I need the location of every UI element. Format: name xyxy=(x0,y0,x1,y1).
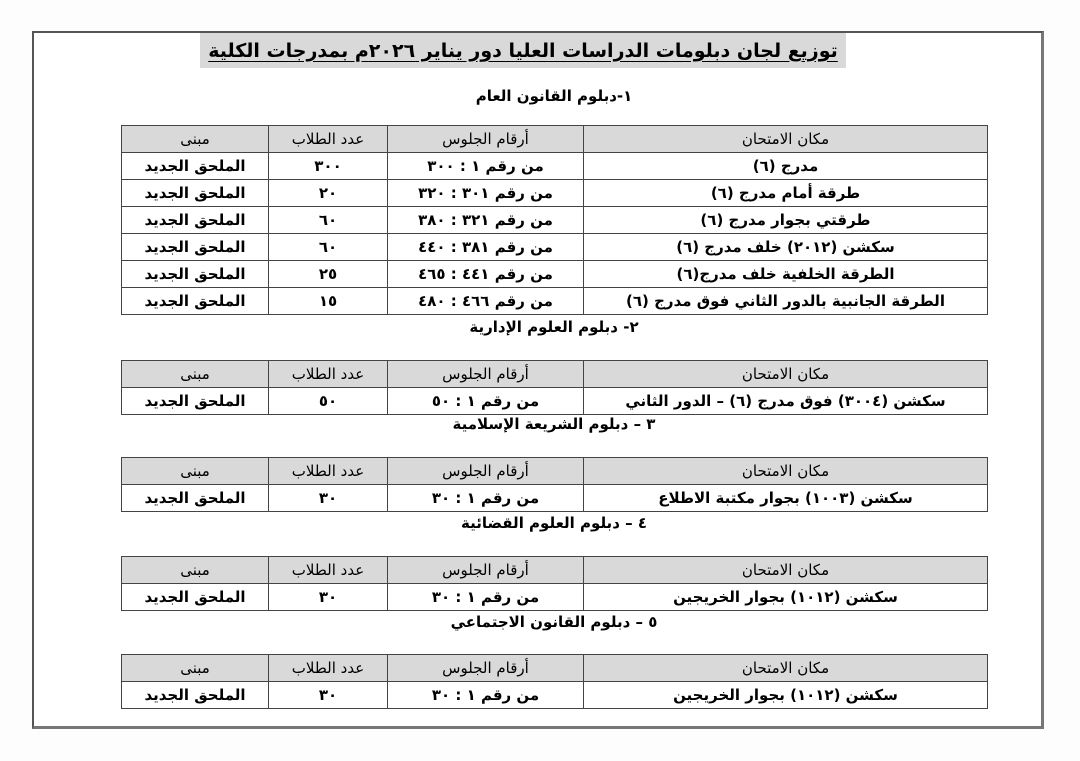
cell-seats: من رقم ٣٢١ : ٣٨٠ xyxy=(388,207,584,234)
table-row: مدرج (٦) من رقم ١ : ٣٠٠ ٣٠٠ الملحق الجدي… xyxy=(122,153,988,180)
header-count: عدد الطلاب xyxy=(269,557,388,584)
cell-count: ٣٠ xyxy=(269,485,388,512)
cell-seats: من رقم ١ : ٣٠ xyxy=(388,485,584,512)
cell-seats: من رقم ١ : ٥٠ xyxy=(388,388,584,415)
header-count: عدد الطلاب xyxy=(269,361,388,388)
cell-building: الملحق الجديد xyxy=(122,261,269,288)
cell-building: الملحق الجديد xyxy=(122,207,269,234)
table-row: سكشن (١٠١٢) بجوار الخريجين من رقم ١ : ٣٠… xyxy=(122,584,988,611)
cell-place: الطرقة الجانبية بالدور الثاني فوق مدرج (… xyxy=(584,288,988,315)
table-row: سكشن (١٠٠٣) بجوار مكتبة الاطلاع من رقم ١… xyxy=(122,485,988,512)
header-place: مكان الامتحان xyxy=(584,655,988,682)
header-building: مبنى xyxy=(122,458,269,485)
cell-place: مدرج (٦) xyxy=(584,153,988,180)
table-header-row: مكان الامتحان أرقام الجلوس عدد الطلاب مب… xyxy=(122,557,988,584)
section-heading-social-law: ٥ – دبلوم القانون الاجتماعي xyxy=(121,613,987,631)
header-building: مبنى xyxy=(122,655,269,682)
cell-place: سكشن (١٠٠٣) بجوار مكتبة الاطلاع xyxy=(584,485,988,512)
header-place: مكان الامتحان xyxy=(584,557,988,584)
cell-place: سكشن (١٠١٢) بجوار الخريجين xyxy=(584,682,988,709)
cell-building: الملحق الجديد xyxy=(122,682,269,709)
section-heading-administrative-sciences: ٢- دبلوم العلوم الإدارية xyxy=(121,318,987,336)
schedule-table-social-law: مكان الامتحان أرقام الجلوس عدد الطلاب مب… xyxy=(121,654,988,709)
header-building: مبنى xyxy=(122,361,269,388)
cell-place: سكشن (٣٠٠٤) فوق مدرج (٦) – الدور الثاني xyxy=(584,388,988,415)
document-title: توزيع لجان دبلومات الدراسات العليا دور ي… xyxy=(208,40,838,62)
cell-seats: من رقم ٤٤١ : ٤٦٥ xyxy=(388,261,584,288)
schedule-table-public-law: مكان الامتحان أرقام الجلوس عدد الطلاب مب… xyxy=(121,125,988,315)
cell-seats: من رقم ٣٠١ : ٣٢٠ xyxy=(388,180,584,207)
cell-place: الطرقة الخلفية خلف مدرج(٦) xyxy=(584,261,988,288)
cell-count: ٦٠ xyxy=(269,234,388,261)
header-place: مكان الامتحان xyxy=(584,361,988,388)
schedule-table-islamic-sharia: مكان الامتحان أرقام الجلوس عدد الطلاب مب… xyxy=(121,457,988,512)
schedule-table-administrative-sciences: مكان الامتحان أرقام الجلوس عدد الطلاب مب… xyxy=(121,360,988,415)
cell-seats: من رقم ٤٦٦ : ٤٨٠ xyxy=(388,288,584,315)
header-count: عدد الطلاب xyxy=(269,458,388,485)
table-header-row: مكان الامتحان أرقام الجلوس عدد الطلاب مب… xyxy=(122,361,988,388)
table-row: سكشن (٢٠١٢) خلف مدرج (٦) من رقم ٣٨١ : ٤٤… xyxy=(122,234,988,261)
cell-building: الملحق الجديد xyxy=(122,485,269,512)
cell-seats: من رقم ١ : ٣٠ xyxy=(388,584,584,611)
header-building: مبنى xyxy=(122,126,269,153)
table-row: طرقة أمام مدرج (٦) من رقم ٣٠١ : ٣٢٠ ٢٠ ا… xyxy=(122,180,988,207)
table-row: الطرقة الخلفية خلف مدرج(٦) من رقم ٤٤١ : … xyxy=(122,261,988,288)
cell-count: ٢٠ xyxy=(269,180,388,207)
cell-count: ٦٠ xyxy=(269,207,388,234)
header-seats: أرقام الجلوس xyxy=(388,126,584,153)
table-header-row: مكان الامتحان أرقام الجلوس عدد الطلاب مب… xyxy=(122,126,988,153)
header-count: عدد الطلاب xyxy=(269,126,388,153)
cell-place: سكشن (١٠١٢) بجوار الخريجين xyxy=(584,584,988,611)
cell-building: الملحق الجديد xyxy=(122,584,269,611)
cell-building: الملحق الجديد xyxy=(122,234,269,261)
cell-seats: من رقم ١ : ٣٠ xyxy=(388,682,584,709)
cell-count: ٣٠٠ xyxy=(269,153,388,180)
schedule-table-judicial-sciences: مكان الامتحان أرقام الجلوس عدد الطلاب مب… xyxy=(121,556,988,611)
cell-place: طرقتي بجوار مدرج (٦) xyxy=(584,207,988,234)
cell-count: ٥٠ xyxy=(269,388,388,415)
cell-building: الملحق الجديد xyxy=(122,288,269,315)
cell-count: ٣٠ xyxy=(269,584,388,611)
table-row: الطرقة الجانبية بالدور الثاني فوق مدرج (… xyxy=(122,288,988,315)
section-heading-public-law: ١-دبلوم القانون العام xyxy=(121,87,987,105)
cell-count: ١٥ xyxy=(269,288,388,315)
cell-place: طرقة أمام مدرج (٦) xyxy=(584,180,988,207)
table-row: سكشن (١٠١٢) بجوار الخريجين من رقم ١ : ٣٠… xyxy=(122,682,988,709)
cell-building: الملحق الجديد xyxy=(122,153,269,180)
table-row: سكشن (٣٠٠٤) فوق مدرج (٦) – الدور الثاني … xyxy=(122,388,988,415)
header-seats: أرقام الجلوس xyxy=(388,557,584,584)
cell-count: ٢٥ xyxy=(269,261,388,288)
cell-place: سكشن (٢٠١٢) خلف مدرج (٦) xyxy=(584,234,988,261)
table-header-row: مكان الامتحان أرقام الجلوس عدد الطلاب مب… xyxy=(122,655,988,682)
table-header-row: مكان الامتحان أرقام الجلوس عدد الطلاب مب… xyxy=(122,458,988,485)
header-seats: أرقام الجلوس xyxy=(388,361,584,388)
cell-count: ٣٠ xyxy=(269,682,388,709)
header-place: مكان الامتحان xyxy=(584,126,988,153)
section-heading-judicial-sciences: ٤ – دبلوم العلوم القضائية xyxy=(121,514,987,532)
header-seats: أرقام الجلوس xyxy=(388,458,584,485)
header-place: مكان الامتحان xyxy=(584,458,988,485)
title-banner: توزيع لجان دبلومات الدراسات العليا دور ي… xyxy=(200,33,846,68)
cell-building: الملحق الجديد xyxy=(122,180,269,207)
section-heading-islamic-sharia: ٣ – دبلوم الشريعة الإسلامية xyxy=(121,415,987,433)
cell-seats: من رقم ١ : ٣٠٠ xyxy=(388,153,584,180)
cell-seats: من رقم ٣٨١ : ٤٤٠ xyxy=(388,234,584,261)
table-row: طرقتي بجوار مدرج (٦) من رقم ٣٢١ : ٣٨٠ ٦٠… xyxy=(122,207,988,234)
cell-building: الملحق الجديد xyxy=(122,388,269,415)
header-count: عدد الطلاب xyxy=(269,655,388,682)
header-seats: أرقام الجلوس xyxy=(388,655,584,682)
header-building: مبنى xyxy=(122,557,269,584)
